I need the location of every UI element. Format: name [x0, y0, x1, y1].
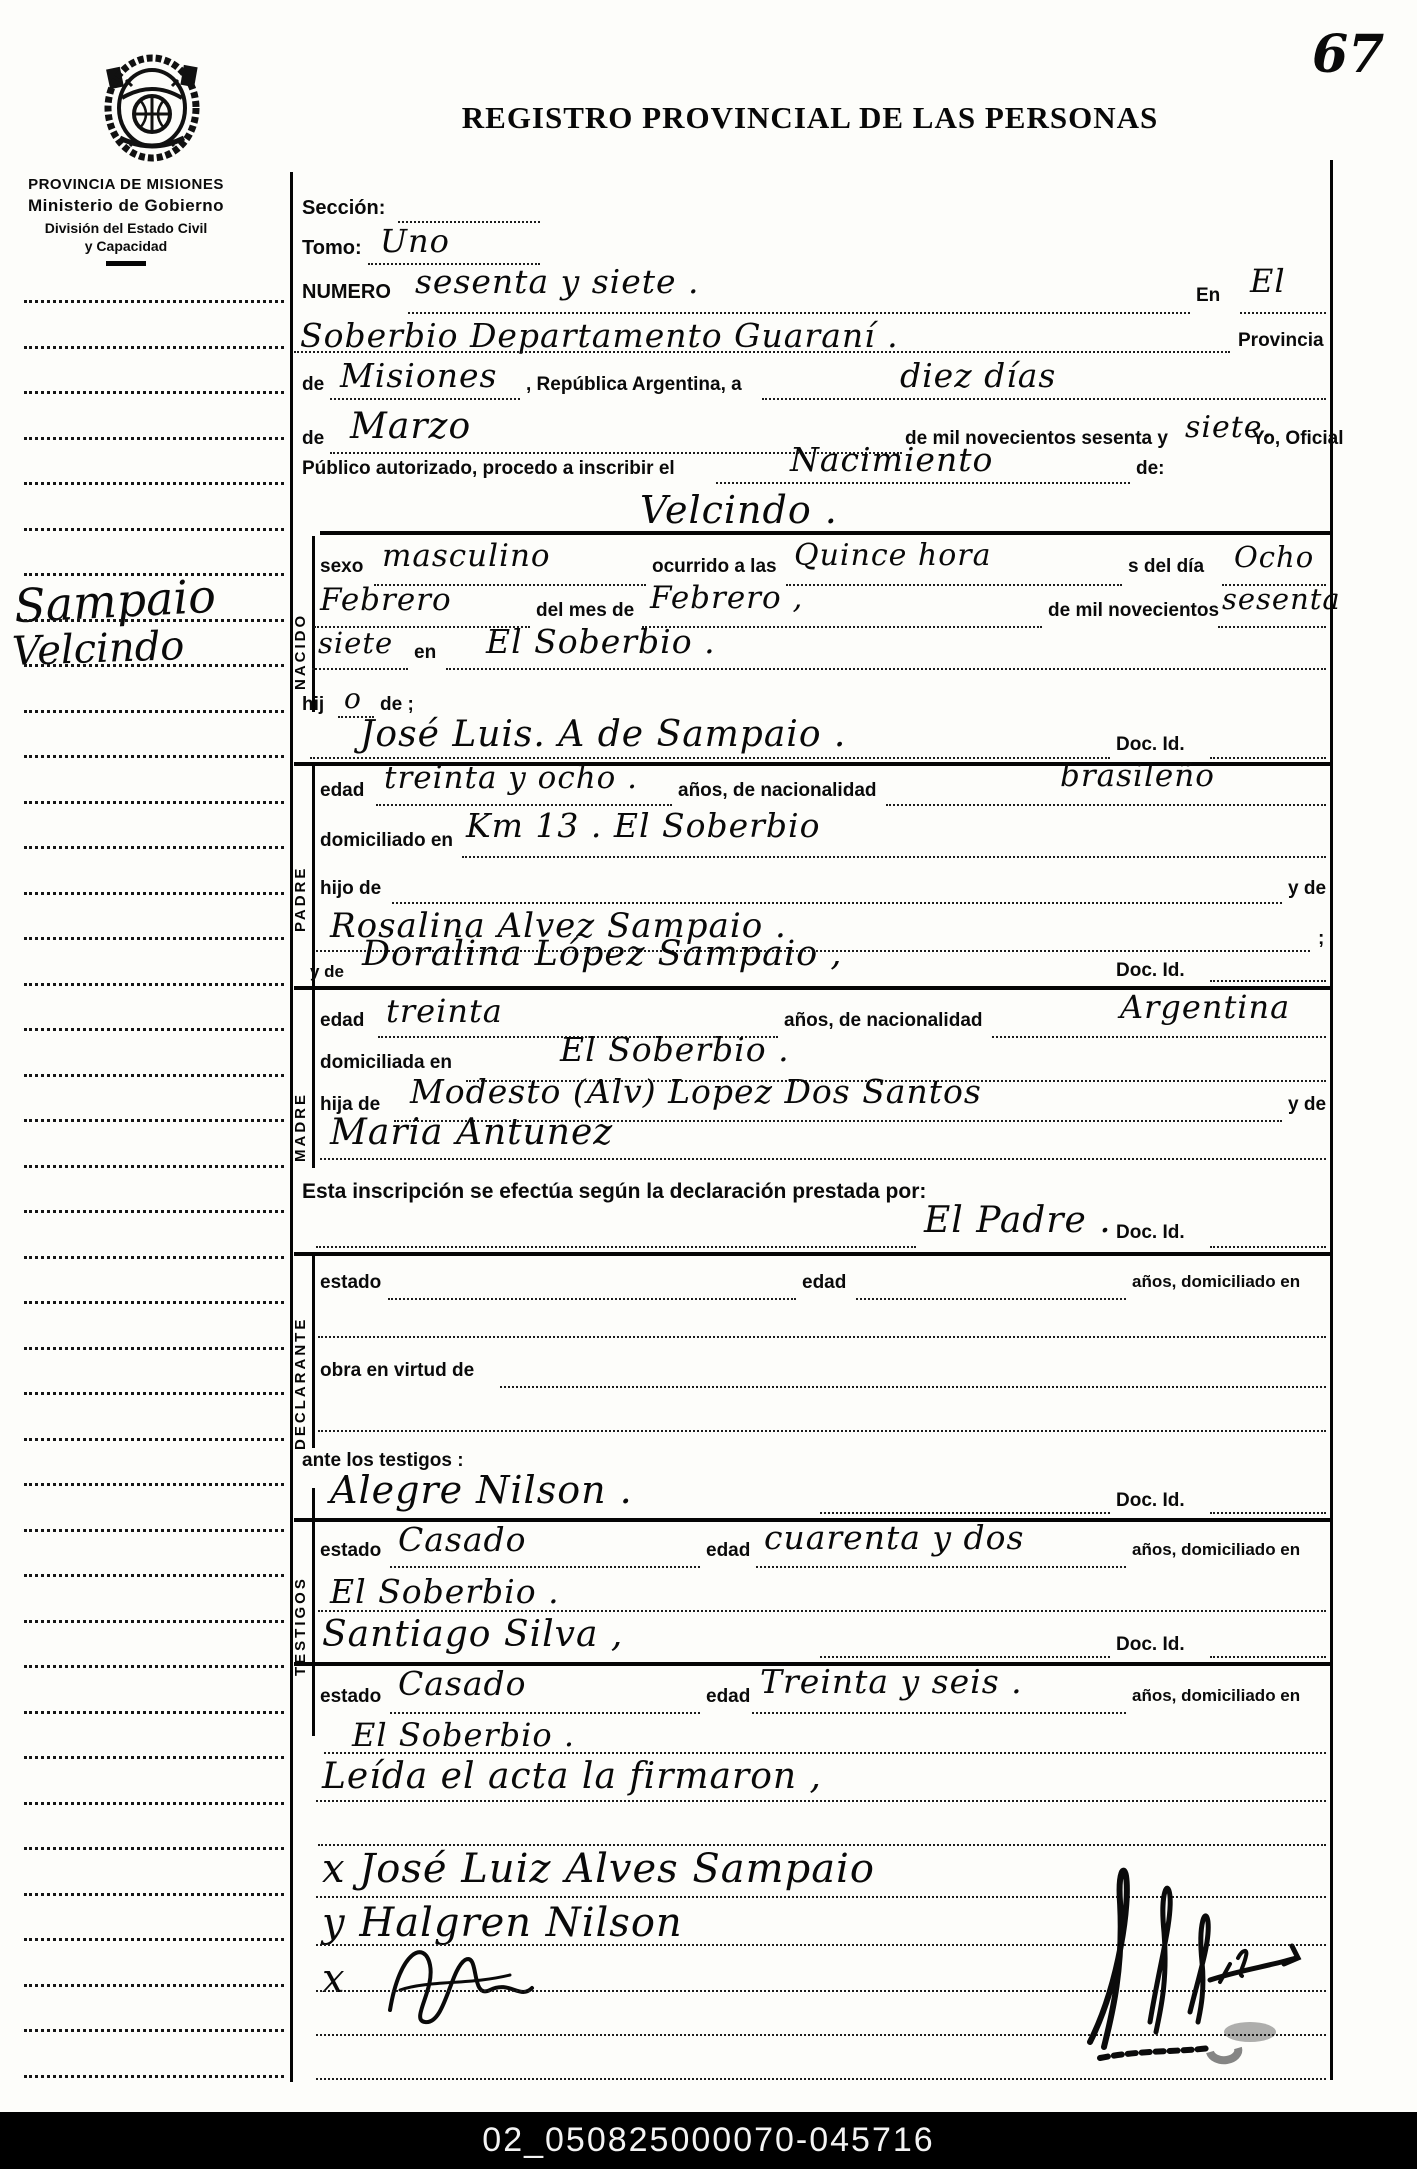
margin-index-line: [24, 1665, 284, 1668]
testigo2-estado-value: Casado: [398, 1664, 527, 1703]
testigo2-domicilio-value: El Soberbio .: [352, 1716, 575, 1754]
margin-index-line: [24, 1165, 284, 1168]
testigo2-domicilio-label: años, domiciliado en: [1132, 1686, 1300, 1706]
section-label-nacido: NACIDO: [292, 560, 309, 690]
margin-index-line: [24, 1438, 284, 1441]
margin-index-line: [24, 1256, 284, 1259]
de-colon-label: de:: [1136, 458, 1165, 480]
unidad-dots: [312, 668, 408, 670]
provincial-seal-icon: [100, 50, 204, 168]
declarante-edad-dots: [856, 1298, 1126, 1300]
official-signature-icon: [1060, 1862, 1320, 2072]
hora-dots: [786, 584, 1122, 586]
margin-index-line: [24, 1847, 284, 1850]
section-label-declarante: DECLARANTE: [292, 1290, 309, 1450]
margin-index-line: [24, 710, 284, 713]
declarante-rule: [294, 1252, 1330, 1256]
lugar-nacimiento-value: El Soberbio .: [486, 622, 716, 661]
margin-index-line: [24, 983, 284, 986]
section-label-testigos: TESTIGOS: [292, 1556, 309, 1676]
testigo2-nombre-value: Santiago Silva ,: [322, 1614, 623, 1655]
obra-label: obra en virtud de: [320, 1360, 474, 1382]
en-el-value: El: [1250, 262, 1286, 300]
padre-nombre-value: José Luis. A de Sampaio .: [360, 714, 846, 755]
padre-doc-dots: [1210, 757, 1326, 759]
numero-value: sesenta y siete .: [415, 262, 700, 301]
madre-doc-id-label: Doc. Id.: [1116, 960, 1185, 982]
letterhead: PROVINCIA DE MISIONES Ministerio de Gobi…: [6, 176, 246, 266]
hora-value: Quince hora: [794, 538, 992, 573]
tomo-label: Tomo:: [302, 237, 362, 260]
margin-index-line: [24, 2029, 284, 2032]
margin-index-line: [24, 2075, 284, 2078]
declarante-section-line: [312, 1256, 315, 1448]
leida-acta-value: Leída el acta la firmaron ,: [322, 1756, 822, 1797]
testigo2-doc-id-label: Doc. Id.: [1116, 1634, 1185, 1656]
dia-value: Ocho: [1234, 540, 1314, 574]
novecientos-nacido-label: de mil novecientos: [1048, 600, 1219, 622]
provincia-dots: [330, 398, 520, 400]
en-lugar-label: en: [414, 642, 436, 664]
acto-value: Nacimiento: [790, 440, 993, 479]
acto-dots: [716, 482, 1130, 484]
provincia-value: Misiones: [340, 356, 497, 395]
madre-edad-label: edad: [320, 1010, 364, 1032]
margin-index-line: [24, 1620, 284, 1623]
testigo2-edad-label: edad: [706, 1686, 750, 1708]
madre-y-de-label2: y de: [1288, 1094, 1326, 1116]
margin-index-line: [24, 437, 284, 440]
decena-dots: [1218, 626, 1326, 628]
footer-code-bar: 02_050825000070-045716: [0, 2112, 1417, 2169]
padre-section-line: [312, 766, 315, 986]
inscripto-rule: [320, 531, 1330, 535]
margin-index-line: [24, 528, 284, 531]
declarante-blank-dots-1: [318, 1336, 1326, 1338]
hijo-o-value: o: [344, 682, 362, 715]
margin-index-line: [24, 482, 284, 485]
padre-domicilio-value: Km 13 . El Soberbio: [466, 806, 820, 845]
padre-nombre-dots: [310, 757, 1110, 759]
margin-index-line: [24, 801, 284, 804]
abuela-separador: ;: [1318, 928, 1324, 950]
unidad-anio-value: siete: [318, 626, 393, 660]
margin-surname: Sampaio: [13, 569, 217, 633]
testigo2-edad-dots: [752, 1712, 1126, 1714]
declarante-value: El Padre .: [924, 1200, 1112, 1241]
testigo2-domicilio-dots: [324, 1752, 1326, 1754]
declarante-dots-left: [316, 1246, 916, 1248]
firma-scribble-icon: [370, 1930, 540, 2030]
madre-domicilio-label: domiciliada en: [320, 1052, 452, 1074]
margin-index-line: [24, 1392, 284, 1395]
dias-dots: [762, 398, 1326, 400]
declarante-edad-label: edad: [802, 1272, 846, 1294]
firma-x-value: x: [322, 1956, 346, 2002]
padre-nacionalidad-dots: [886, 804, 1326, 806]
mes-nacimiento-value: Febrero ,: [650, 580, 803, 616]
page-number: 67: [1312, 24, 1384, 85]
madre-domicilio-value: El Soberbio .: [560, 1030, 790, 1069]
declarante-estado-label: estado: [320, 1272, 381, 1294]
madre-section-line: [312, 990, 315, 1168]
yo-oficial-label: Yo, Oficial: [1252, 428, 1344, 450]
padre-nacionalidad-value: brasileño: [1060, 758, 1215, 794]
decena-value: sesenta: [1222, 582, 1341, 616]
firma-padre-value: x José Luiz Alves Sampaio: [322, 1846, 875, 1892]
margin-index-line: [24, 1802, 284, 1805]
testigo1-estado-label: estado: [320, 1540, 381, 1562]
publico-label: Público autorizado, procedo a inscribir …: [302, 458, 675, 480]
testigo1-doc-id-label: Doc. Id.: [1116, 1490, 1185, 1512]
provincia-label: Provincia: [1238, 330, 1324, 352]
testigo1-estado-value: Casado: [398, 1520, 527, 1559]
margin-index-line: [24, 1893, 284, 1896]
abuela-materna-dots: [320, 1158, 1326, 1160]
madre-edad-value: treinta: [386, 992, 503, 1030]
padre-doc-id-label: Doc. Id.: [1116, 734, 1185, 756]
letterhead-ministry: Ministerio de Gobierno: [6, 196, 246, 216]
margin-index-line: [24, 1756, 284, 1759]
declaracion-intro-label: Esta inscripción se efectúa según la dec…: [302, 1180, 926, 1204]
republica-label: , República Argentina, a: [526, 374, 742, 396]
margin-index-line: [24, 664, 284, 667]
seccion-label: Sección:: [302, 197, 385, 220]
section-label-padre: PADRE: [292, 812, 309, 932]
testigo1-estado-dots: [390, 1566, 700, 1568]
nacido-section-line: [312, 536, 315, 712]
letterhead-underline: [106, 261, 146, 266]
margin-index-line: [24, 1529, 284, 1532]
footer-code: 02_050825000070-045716: [482, 2121, 934, 2160]
testigo2-doc-dots: [1210, 1656, 1326, 1658]
margin-index-line: [24, 1347, 284, 1350]
ocurrido-label: ocurrido a las: [652, 556, 777, 578]
s-del-dia-label: s del día: [1128, 556, 1204, 578]
hijo-suffix-label: de ;: [380, 694, 414, 716]
testigo1-domicilio-value: El Soberbio .: [330, 1572, 560, 1611]
margin-index-line: [24, 1301, 284, 1304]
dia-mes-value: Febrero: [320, 582, 452, 618]
margin-index-line: [24, 1574, 284, 1577]
hijo-prefix-label: hij: [302, 694, 324, 716]
margin-index-line: [24, 892, 284, 895]
lugar-nacimiento-dots: [446, 668, 1326, 670]
margin-index-line: [24, 755, 284, 758]
declarante-doc-dots: [1210, 1246, 1326, 1248]
abuela-materna-value: Maria Antunez: [330, 1112, 613, 1153]
padre-domicilio-dots: [462, 856, 1326, 858]
declarante-estado-dots: [388, 1298, 796, 1300]
testigo1-nombre-dots: [820, 1512, 1110, 1514]
testigo1-doc-dots: [1210, 1512, 1326, 1514]
padre-hijo-de-dots: [392, 902, 1282, 904]
margin-index-line: [24, 1483, 284, 1486]
padre-edad-label: edad: [320, 780, 364, 802]
de-mes-label: de: [302, 428, 324, 450]
inscripto-nombre-value: Velcindo .: [640, 488, 838, 532]
testigo1-domicilio-label: años, domiciliado en: [1132, 1540, 1300, 1560]
registro-civil-page: 67 PROVINCIA DE MISIONES Ministerio de G…: [0, 0, 1417, 2169]
margin-index-line: [24, 391, 284, 394]
testigo1-edad-dots: [756, 1566, 1126, 1568]
leida-dots: [316, 1800, 1326, 1802]
dias-value: diez días: [900, 356, 1056, 395]
cierre-blank-dots-2: [316, 2078, 1326, 2080]
margin-index-line: [24, 937, 284, 940]
en-label: En: [1196, 285, 1220, 307]
padre-nacionalidad-label: años, de nacionalidad: [678, 780, 877, 802]
madre-y-de-label: y de: [310, 962, 344, 982]
del-mes-label: del mes de: [536, 600, 634, 622]
section-label-madre: MADRE: [292, 1058, 309, 1162]
obra-dots: [500, 1386, 1326, 1388]
testigo2-estado-dots: [390, 1712, 700, 1714]
document-title: REGISTRO PROVINCIAL DE LAS PERSONAS: [390, 100, 1230, 136]
en-el-dots: [1240, 312, 1326, 314]
padre-edad-value: treinta y ocho .: [384, 760, 638, 796]
margin-index-line: [24, 1984, 284, 1987]
letterhead-division-line2: y Capacidad: [6, 238, 246, 254]
margin-index-line: [24, 300, 284, 303]
testigo1-nombre-value: Alegre Nilson .: [330, 1468, 633, 1512]
sexo-value: masculino: [382, 538, 551, 574]
padre-y-de-label: y de: [1288, 878, 1326, 900]
madre-nombre-value: Doralina López Sampaio ,: [362, 934, 842, 974]
margin-index-line: [24, 1938, 284, 1941]
testigo2-estado-label: estado: [320, 1686, 381, 1708]
de-provincia-label: de: [302, 374, 324, 396]
lugar-dots: [294, 351, 1230, 353]
margin-index-line: [24, 1711, 284, 1714]
lugar-departamento-value: Soberbio Departamento Guaraní .: [300, 316, 899, 355]
margin-index-line: [24, 1028, 284, 1031]
madre-doc-dots: [1210, 980, 1326, 982]
letterhead-province: PROVINCIA DE MISIONES: [6, 176, 246, 193]
madre-nacionalidad-value: Argentina: [1120, 988, 1290, 1026]
margin-index-line: [24, 346, 284, 349]
madre-nacionalidad-label: años, de nacionalidad: [784, 1010, 983, 1032]
declarante-doc-id-label: Doc. Id.: [1116, 1222, 1185, 1244]
sexo-label: sexo: [320, 556, 363, 578]
margin-index-line: [24, 573, 284, 576]
letterhead-division-line1: División del Estado Civil: [6, 220, 246, 236]
padre-domicilio-label: domiciliado en: [320, 830, 453, 852]
margin-index-line: [24, 619, 284, 622]
testigos-section-line: [312, 1488, 315, 1736]
numero-dots: [408, 312, 1190, 314]
abuelo-materno-value: Modesto (Alv) Lopez Dos Santos: [410, 1072, 982, 1111]
testigo1-domicilio-dots: [318, 1610, 1326, 1612]
margin-index-line: [24, 1119, 284, 1122]
testigo2-edad-value: Treinta y seis .: [760, 1662, 1023, 1701]
margin-index-line: [24, 1074, 284, 1077]
numero-label: NUMERO: [302, 281, 391, 304]
madre-nacionalidad-dots: [992, 1036, 1326, 1038]
declarante-domicilio-label: años, domiciliado en: [1132, 1272, 1300, 1292]
declarante-blank-dots-2: [318, 1430, 1326, 1432]
tomo-value: Uno: [380, 222, 450, 260]
testigo1-edad-value: cuarenta y dos: [764, 1518, 1024, 1557]
margin-index-line: [24, 846, 284, 849]
padre-hijo-de-label: hijo de: [320, 878, 381, 900]
mes-value: Marzo: [350, 406, 471, 447]
testigo1-edad-label: edad: [706, 1540, 750, 1562]
margin-index-line: [24, 1210, 284, 1213]
testigo2-nombre-dots: [820, 1656, 1110, 1658]
margin-firstname: Velcindo: [11, 623, 185, 675]
